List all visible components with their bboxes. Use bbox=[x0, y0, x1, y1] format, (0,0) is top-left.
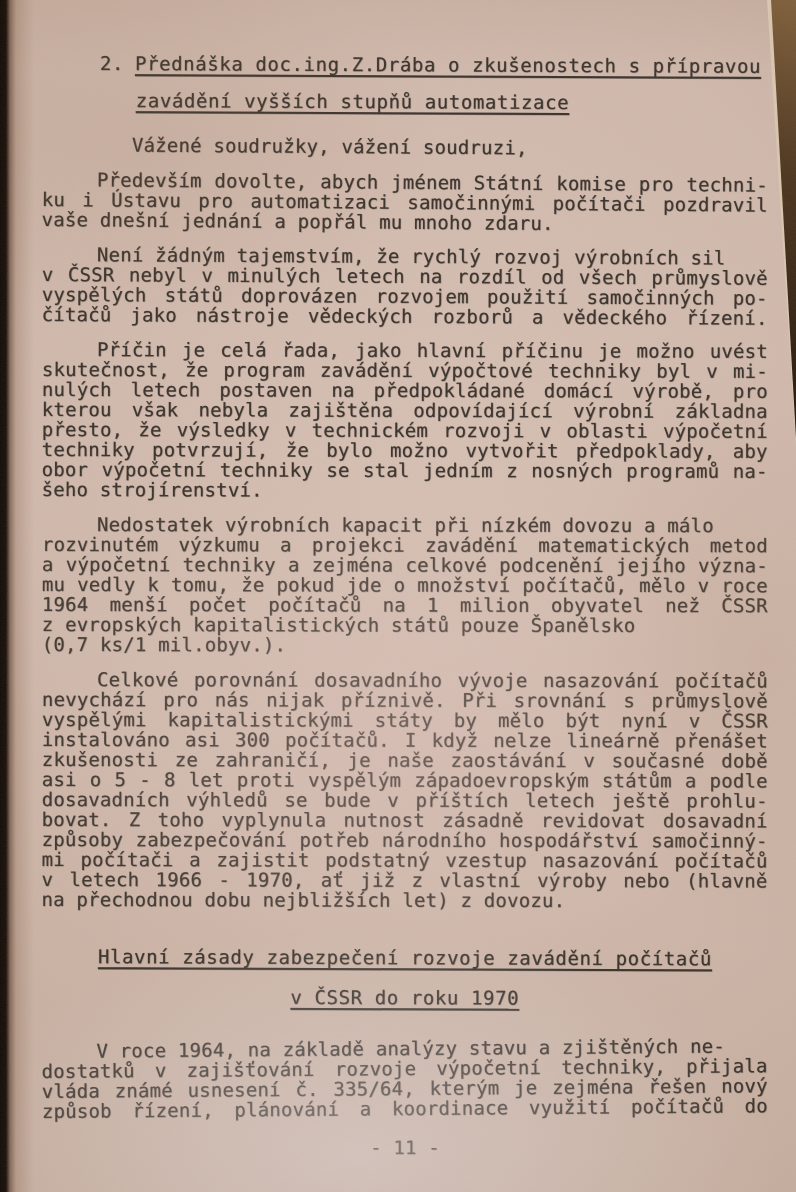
text-line: Nedostatek výrobních kapacit při nízkém … bbox=[42, 515, 768, 536]
text-line: způsob řízení, plánování a koordinace vy… bbox=[42, 1096, 768, 1122]
text-line: na přechodnou dobu nejbližších let) z do… bbox=[41, 890, 767, 912]
text-line: v ČSSR do roku 1970 bbox=[42, 987, 768, 1030]
paragraph: Především dovolte, abych jménem Státní k… bbox=[42, 170, 768, 236]
section-heading: Hlavní zásady zabezpečení rozvoje zavádě… bbox=[42, 947, 768, 1030]
heading-text-underlined: Hlavní zásady zabezpečení rozvoje zavádě… bbox=[98, 946, 712, 970]
scanned-document-page: 2.Přednáška doc.ing.Z.Drába o zkušenoste… bbox=[0, 0, 796, 1192]
lecture-title: 2.Přednáška doc.ing.Z.Drába o zkušenoste… bbox=[100, 54, 768, 131]
text-line: Vážené soudružky, vážení soudruzi, bbox=[42, 135, 768, 160]
text-line: šeho strojírenství. bbox=[42, 480, 768, 502]
heading-text-underlined: v ČSSR do roku 1970 bbox=[290, 987, 519, 1010]
text-line: (0,7 ks/1 mil.obyv.). bbox=[42, 635, 768, 656]
binding-shadow bbox=[0, 0, 34, 1192]
page-corner-edge bbox=[767, 0, 796, 446]
typewritten-text: 2.Přednáška doc.ing.Z.Drába o zkušenoste… bbox=[42, 54, 768, 1158]
salutation: Vážené soudružky, vážení soudruzi, bbox=[42, 135, 768, 160]
text-line: rozvinutém výzkumu a projekci zavádění m… bbox=[42, 535, 768, 556]
paragraph: Není žádným tajemstvím, že rychlý rozvoj… bbox=[42, 245, 768, 329]
text-line: z evropských kapitalistických států pouz… bbox=[42, 615, 768, 636]
text-line: mu vedly k tomu, že pokud jde o množství… bbox=[42, 575, 768, 596]
paragraph: Celkové porovnání dosavadního vývoje nas… bbox=[41, 670, 768, 912]
title-line-1: 2.Přednáška doc.ing.Z.Drába o zkušenoste… bbox=[100, 54, 768, 94]
text-line: čítačů jako nástroje vědeckých rozborů a… bbox=[42, 305, 768, 329]
text-line: Hlavní zásady zabezpečení rozvoje zavádě… bbox=[42, 947, 768, 990]
page-number: - 11 - bbox=[42, 1138, 768, 1158]
title-number: 2. bbox=[100, 53, 135, 75]
text-line: a výpočetní techniky a zejména celkové p… bbox=[42, 555, 768, 576]
title-text-underlined: Přednáška doc.ing.Z.Drába o zkušenostech… bbox=[135, 53, 761, 78]
paragraph: V roce 1964, na základě analýzy stavu a … bbox=[41, 1036, 768, 1122]
document-body: Vážené soudružky, vážení soudruzi,Předev… bbox=[42, 135, 768, 1122]
paragraph: Nedostatek výrobních kapacit při nízkém … bbox=[42, 515, 768, 656]
title-line-2: zavádění vyšších stupňů automatizace bbox=[100, 91, 768, 131]
background-corner bbox=[771, 0, 796, 438]
paragraph: Příčin je celá řada, jako hlavní příčinu… bbox=[42, 340, 768, 502]
title-text-underlined: zavádění vyšších stupňů automatizace bbox=[136, 90, 569, 114]
text-line: 1964 menší počet počítačů na 1 milion ob… bbox=[42, 595, 768, 616]
